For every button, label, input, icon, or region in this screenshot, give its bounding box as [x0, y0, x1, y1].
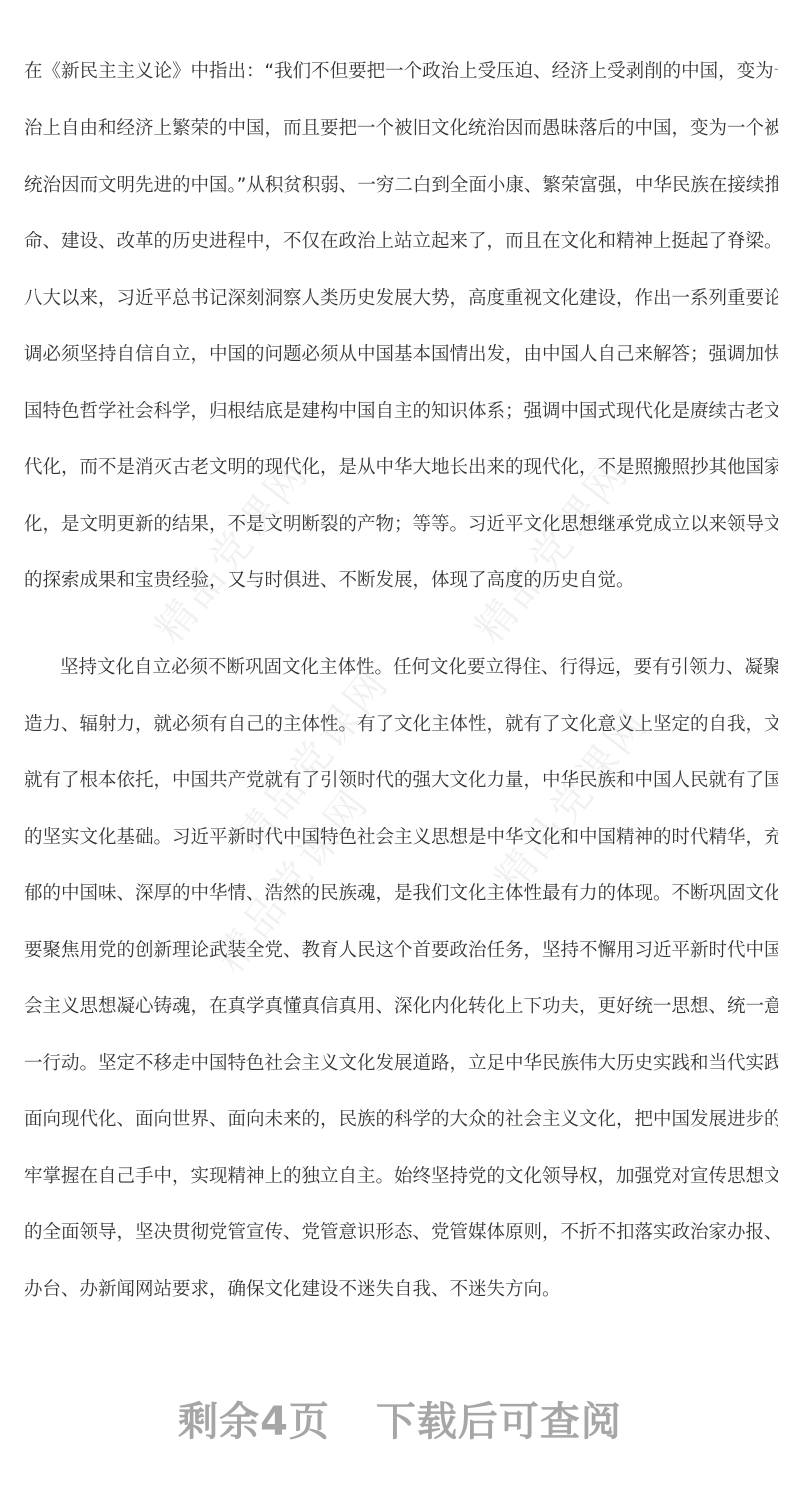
- text-line: 会主义思想凝心铸魂，在真学真懂真信真用、深化内化转化上下功夫，更好统一思想、统一…: [24, 992, 778, 1022]
- text-line: 国特色哲学社会科学，归根结底是建构中国自主的知识体系；强调中国式现代化是赓续古老…: [24, 397, 778, 427]
- text-line: 的坚实文化基础。习近平新时代中国特色社会主义思想是中华文化和中国精神的时代精华，…: [24, 823, 778, 853]
- text-line: 治上自由和经济上繁荣的中国，而且要把一个被旧文化统治因而愚昧落后的中国，变为一个…: [24, 114, 778, 144]
- text-line: 牢掌握在自己手中，实现精神上的独立自主。始终坚持党的文化领导权，加强党对宣传思想…: [24, 1162, 778, 1192]
- text-line: 代化，而不是消灭古老文明的现代化，是从中华大地长出来的现代化，不是照搬照抄其他国…: [24, 453, 778, 483]
- text-line: 办台、办新闻网站要求，确保文化建设不迷失自我、不迷失方向。: [24, 1275, 778, 1305]
- text-line: 的全面领导，坚决贯彻党管宣传、党管意识形态、党管媒体原则，不折不扣落实政治家办报…: [24, 1218, 778, 1248]
- download-prompt-banner[interactable]: 剩余4页下载后可查阅: [0, 1392, 800, 1452]
- text-line: 统治因而文明先进的中国。”从积贫积弱、一穷二白到全面小康、繁荣富强，中华民族在接…: [24, 171, 778, 201]
- text-line: 调必须坚持自信自立，中国的问题必须从中国基本国情出发，由中国人自己来解答；强调加…: [24, 340, 778, 370]
- document-page: 精品党课网 精品党课网 精品党课网 精品党课网 精品党课网 在《新民主主义论》中…: [0, 0, 800, 1496]
- text-line: 一行动。坚定不移走中国特色社会主义文化发展道路，立足中华民族伟大历史实践和当代实…: [24, 1049, 778, 1079]
- text-line: 在《新民主主义论》中指出：“我们不但要把一个政治上受压迫、经济上受剥削的中国，变…: [24, 57, 778, 87]
- text-line: 八大以来，习近平总书记深刻洞察人类历史发展大势，高度重视文化建设，作出一系列重要…: [24, 284, 778, 314]
- text-line: 化，是文明更新的结果，不是文明断裂的产物；等等。习近平文化思想继承党成立以来领导…: [24, 510, 778, 540]
- text-line: 坚持文化自立必须不断巩固文化主体性。任何文化要立得住、行得远，要有引领力、凝聚力…: [60, 653, 778, 683]
- text-line: 就有了根本依托，中国共产党就有了引领时代的强大文化力量，中华民族和中国人民就有了…: [24, 766, 778, 796]
- remaining-pages-label: 剩余4页: [178, 1399, 330, 1445]
- download-to-view-label: 下载后可查阅: [376, 1399, 622, 1445]
- text-line: 命、建设、改革的历史进程中，不仅在政治上站立起来了，而且在文化和精神上挺起了脊梁…: [24, 227, 778, 257]
- text-line: 造力、辐射力，就必须有自己的主体性。有了文化主体性，就有了文化意义上坚定的自我，…: [24, 710, 778, 740]
- text-line: 的探索成果和宝贵经验，又与时俱进、不断发展，体现了高度的历史自觉。: [24, 566, 778, 596]
- text-line: 面向现代化、面向世界、面向未来的，民族的科学的大众的社会主义文化，把中国发展进步…: [24, 1105, 778, 1135]
- text-line: 要聚焦用党的创新理论武装全党、教育人民这个首要政治任务，坚持不懈用习近平新时代中…: [24, 936, 778, 966]
- text-line: 郁的中国味、深厚的中华情、浩然的民族魂，是我们文化主体性最有力的体现。不断巩固文…: [24, 879, 778, 909]
